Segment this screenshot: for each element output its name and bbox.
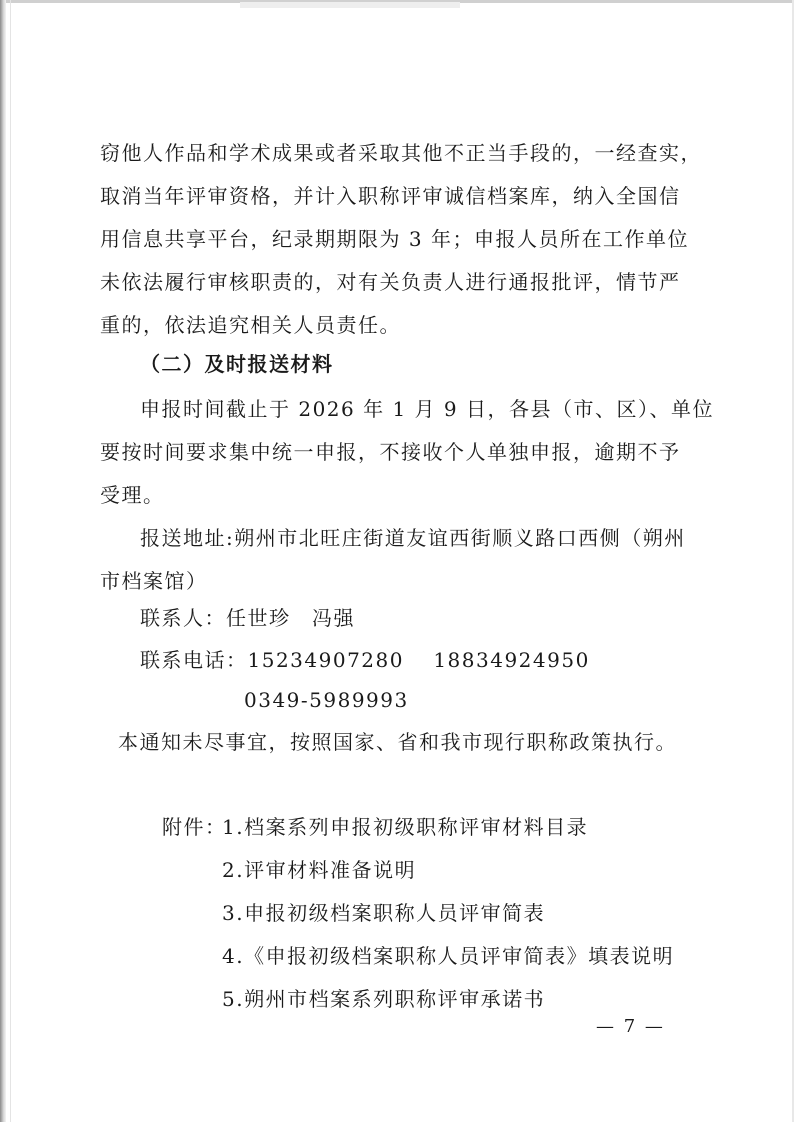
text-line: 重的，依法追究相关人员责任。 <box>100 313 401 337</box>
phone-label: 联系电话： <box>140 648 248 672</box>
scan-left-edge <box>0 0 6 1122</box>
section-heading: （二）及时报送材料 <box>140 352 334 376</box>
address-line: 市档案馆） <box>100 569 208 593</box>
attachment-item: 2.评审材料准备说明 <box>222 858 416 882</box>
attachments-label: 附件： <box>162 815 227 839</box>
scan-margin-line <box>10 0 11 1122</box>
attachment-item: 4.《申报初级档案职称人员评审简表》填表说明 <box>222 944 674 968</box>
closing-note: 本通知未尽事宜，按照国家、省和我市现行职称政策执行。 <box>118 730 677 754</box>
phone-number-landline: 0349-5989993 <box>244 688 409 712</box>
contact-phones: 联系电话：15234907280 18834924950 <box>140 648 590 672</box>
text-line: 未依法履行审核职责的，对有关负责人进行通报批评，情节严 <box>100 270 681 294</box>
contact-persons: 联系人：任世珍 冯强 <box>140 606 355 630</box>
page-number: — 7 — <box>596 1015 665 1039</box>
contact-names: 任世珍 冯强 <box>226 606 355 630</box>
contact-label: 联系人： <box>140 606 226 630</box>
phone-numbers: 15234907280 18834924950 <box>248 648 590 672</box>
attachment-item: 5.朔州市档案系列职称评审承诺书 <box>222 987 545 1011</box>
attachment-item: 3.申报初级档案职称人员评审简表 <box>222 901 545 925</box>
scan-smudge <box>240 2 460 8</box>
text-line: 取消当年评审资格，并计入职称评审诚信档案库，纳入全国信 <box>100 184 681 208</box>
text-line: 申报时间截止于 2026 年 1 月 9 日，各县（市、区）、单位 <box>140 397 714 421</box>
text-line: 窃他人作品和学术成果或者采取其他不正当手段的，一经查实， <box>100 141 702 165</box>
text-line: 用信息共享平台，纪录期期限为 3 年；申报人员所在工作单位 <box>100 227 689 251</box>
address-line: 报送地址:朔州市北旺庄街道友谊西街顺义路口西侧（朔州 <box>140 526 686 550</box>
attachment-item: 1.档案系列申报初级职称评审材料目录 <box>222 815 588 839</box>
text-line: 要按时间要求集中统一申报，不接收个人单独申报，逾期不予 <box>100 440 681 464</box>
text-line: 受理。 <box>100 483 165 507</box>
